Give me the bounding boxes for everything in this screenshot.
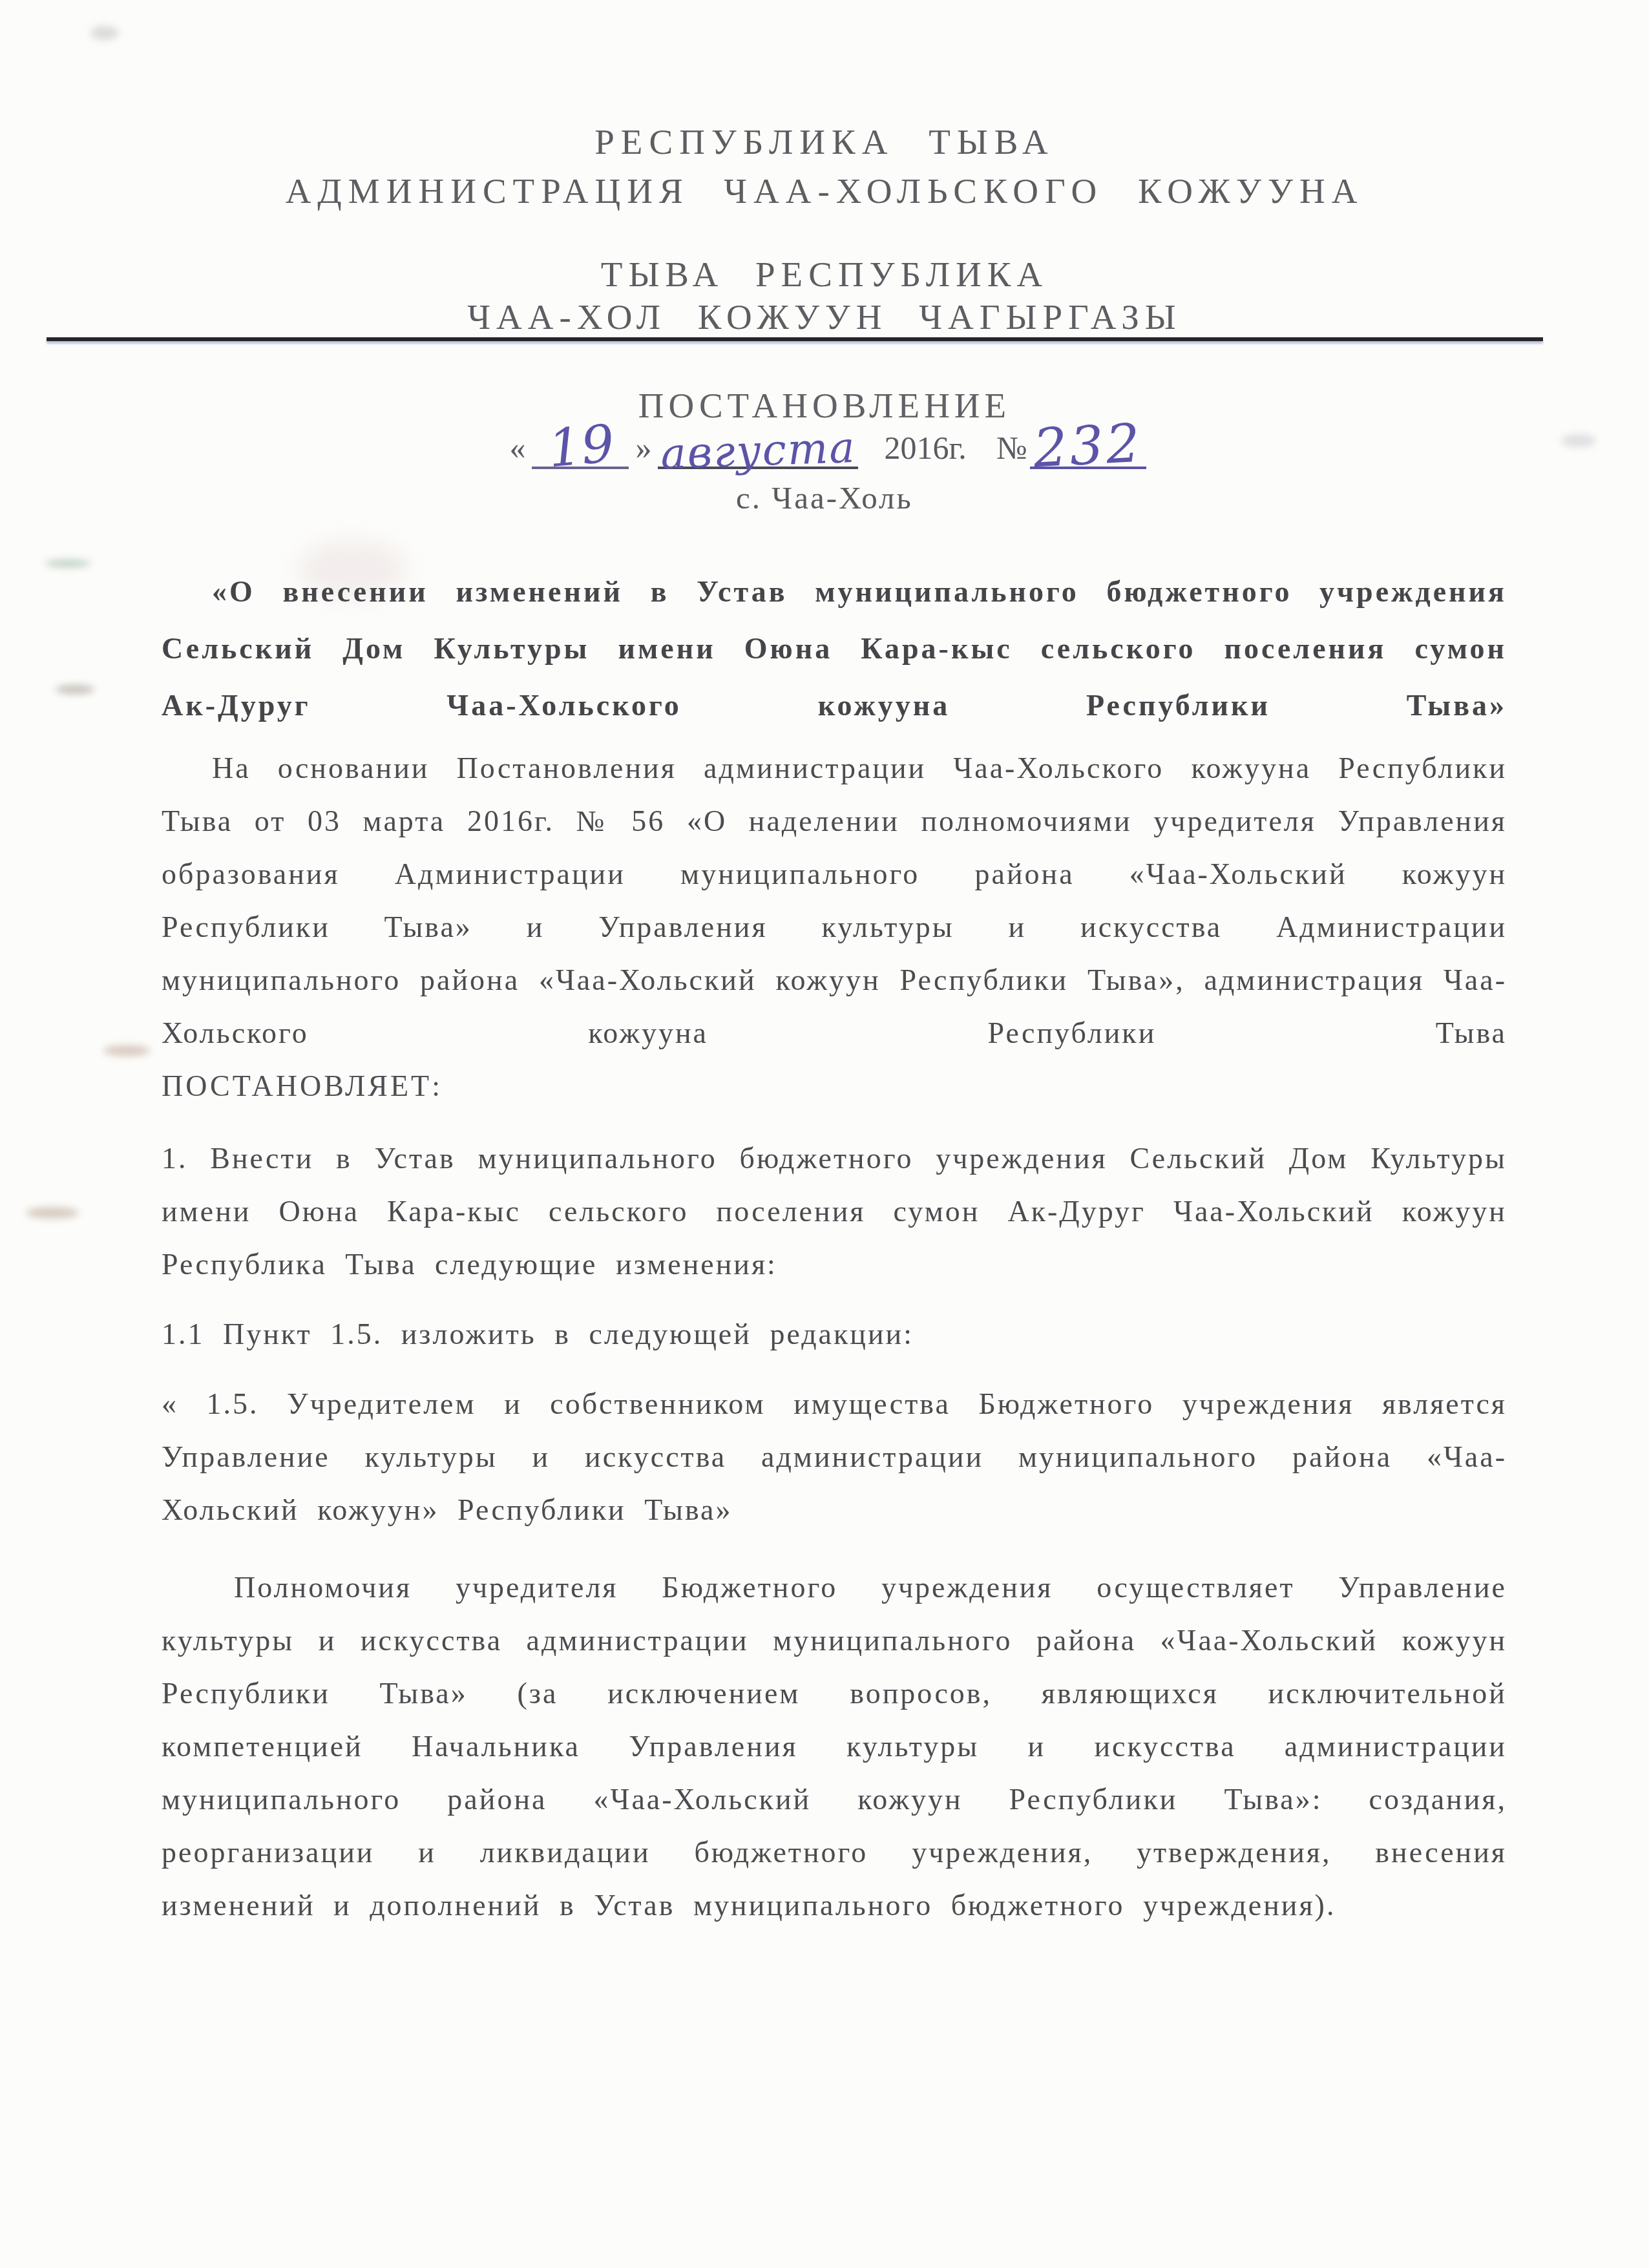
scan-smudge — [103, 1045, 150, 1056]
letterhead-russian: РЕСПУБЛИКА ТЫВА АДМИНИСТРАЦИЯ ЧАА-ХОЛЬСК… — [0, 118, 1649, 216]
year-printed: 2016г. — [884, 429, 966, 467]
letterhead-ru-line1: РЕСПУБЛИКА ТЫВА — [0, 118, 1649, 167]
number-blank: 232 — [1030, 419, 1146, 469]
handwritten-month: августа — [660, 430, 857, 473]
handwritten-number: 232 — [1033, 421, 1144, 472]
day-blank: 19 — [532, 419, 629, 469]
paragraph-clause-1-5: « 1.5. Учредителем и собственником имуще… — [162, 1378, 1507, 1537]
paragraph-authority: Полномочия учредителя Бюджетного учрежде… — [162, 1561, 1507, 1932]
scan-smudge — [26, 1207, 79, 1219]
document-body: «О внесении изменений в Устав муниципаль… — [162, 563, 1507, 1932]
place-line: с. Чаа-Холь — [0, 479, 1649, 516]
month-blank: августа — [658, 426, 858, 469]
open-quote: « — [509, 429, 525, 467]
paragraph-item-1-1: 1.1 Пункт 1.5. изложить в следующей реда… — [162, 1308, 1507, 1361]
letterhead-ru-line2: АДМИНИСТРАЦИЯ ЧАА-ХОЛЬСКОГО КОЖУУНА — [0, 167, 1649, 216]
number-sign: № — [996, 429, 1027, 467]
handwritten-day: 19 — [546, 422, 615, 472]
scan-smudge — [45, 560, 90, 567]
paragraph-resolves: ПОСТАНОВЛЯЕТ: — [162, 1060, 1507, 1113]
scan-smudge — [56, 685, 94, 694]
close-quote: » — [635, 429, 651, 467]
letterhead-tuvan: ТЫВА РЕСПУБЛИКА ЧАА-ХОЛ КОЖУУН ЧАГЫРГАЗЫ — [0, 253, 1649, 339]
doc-title-paragraph: «О внесении изменений в Устав муниципаль… — [162, 563, 1507, 734]
divider-rule — [47, 337, 1543, 341]
letterhead-tyv-line1: ТЫВА РЕСПУБЛИКА — [0, 253, 1649, 296]
paragraph-item-1: 1. Внести в Устав муниципального бюджетн… — [162, 1132, 1507, 1291]
scan-smudge — [90, 26, 119, 40]
paragraph-basis: На основании Постановления администрации… — [162, 742, 1507, 1060]
letterhead-tyv-line2: ЧАА-ХОЛ КОЖУУН ЧАГЫРГАЗЫ — [0, 296, 1649, 339]
scanned-document-page: РЕСПУБЛИКА ТЫВА АДМИНИСТРАЦИЯ ЧАА-ХОЛЬСК… — [0, 0, 1649, 2268]
